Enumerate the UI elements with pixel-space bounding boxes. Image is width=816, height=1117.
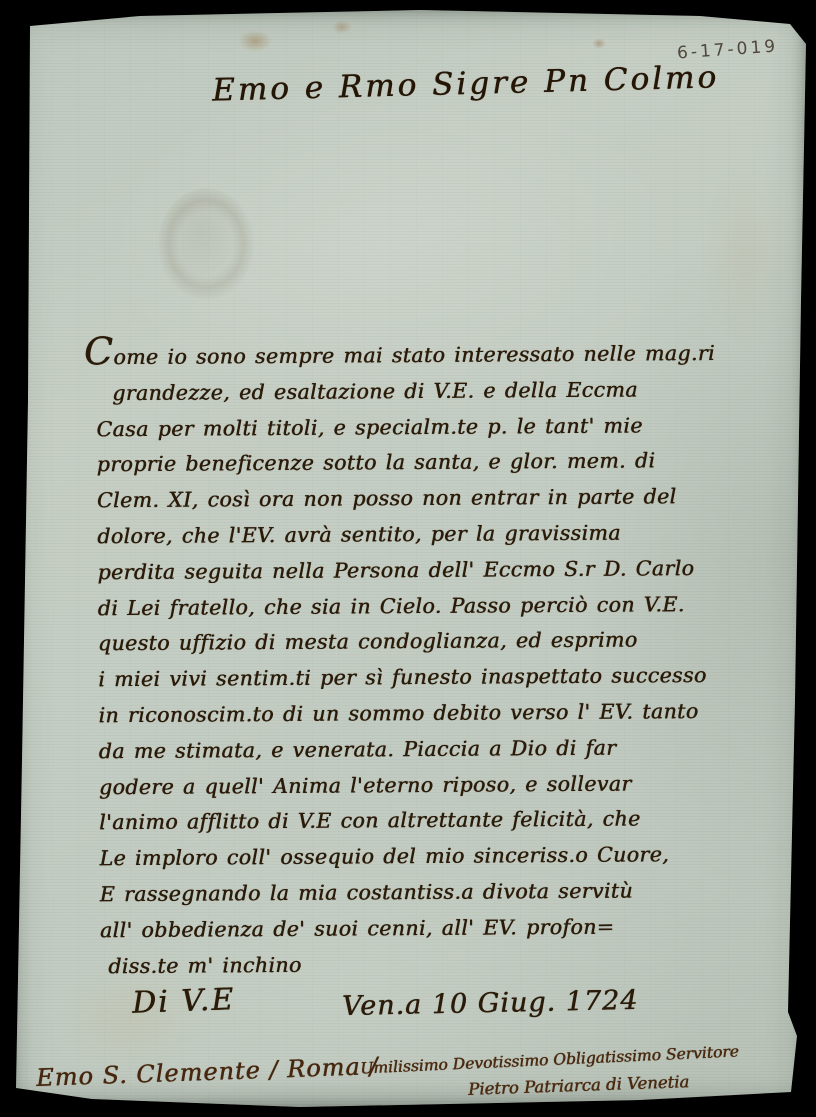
body-line: Clem. XI, così ora non posso non entrar … bbox=[97, 479, 757, 519]
seal-smudge bbox=[158, 188, 254, 300]
letter-salutation: Emo e Rmo Sigre Pn Colmo bbox=[212, 59, 720, 108]
body-line: E rassegnando la mia costantiss.a divota… bbox=[100, 873, 760, 913]
body-line: grandezze, ed esaltazione di V.E. e dell… bbox=[112, 371, 756, 411]
body-line: dolore, che l'EV. avrà sentito, per la g… bbox=[97, 515, 757, 555]
footer-signature-name: Pietro Patriarca di Venetia bbox=[468, 1072, 690, 1099]
manuscript-paper: 6-17-019 Emo e Rmo Sigre Pn Colmo Come i… bbox=[0, 0, 816, 1117]
body-line: questo uffizio di mesta condoglianza, ed… bbox=[98, 622, 758, 662]
page-background: 6-17-019 Emo e Rmo Sigre Pn Colmo Come i… bbox=[0, 0, 816, 1117]
body-line: da me stimata, e venerata. Piaccia a Dio… bbox=[99, 729, 759, 769]
body-line: Come io sono sempre mai stato interessat… bbox=[84, 332, 756, 376]
paper-stain bbox=[238, 30, 272, 52]
body-line: Casa per molti titoli, e specialm.te p. … bbox=[96, 407, 756, 447]
body-line: i miei vivi sentim.ti per sì funesto ina… bbox=[98, 658, 758, 698]
paper-stain bbox=[332, 20, 352, 34]
body-line: perdita seguita nella Persona dell' Eccm… bbox=[97, 550, 757, 590]
body-line: diss.te m' inchino bbox=[108, 944, 760, 984]
body-line: proprie beneficenze sotto la santa, e gl… bbox=[97, 443, 757, 483]
body-line: Le imploro coll' ossequio del mio sincer… bbox=[99, 837, 759, 877]
body-line: in riconoscim.to di un sommo debito vers… bbox=[98, 694, 758, 734]
letter-body: Come io sono sempre mai stato interessat… bbox=[84, 332, 761, 985]
closing-dateline: Ven.a 10 Giug. 1724 bbox=[342, 985, 639, 1022]
body-line: l'animo afflitto di V.E con altrettante … bbox=[99, 801, 759, 841]
paper-stain bbox=[700, 150, 790, 350]
body-line: all' obbedienza de' suoi cenni, all' EV.… bbox=[100, 908, 760, 948]
body-line: di Lei fratello, che sia in Cielo. Passo… bbox=[98, 586, 758, 626]
closing-di-ve: Di V.E bbox=[131, 982, 235, 1021]
footer-address: Emo S. Clemente / Roma / bbox=[36, 1052, 379, 1092]
paper-stain bbox=[592, 38, 606, 49]
body-line: godere a quell' Anima l'eterno riposo, e… bbox=[99, 765, 759, 805]
